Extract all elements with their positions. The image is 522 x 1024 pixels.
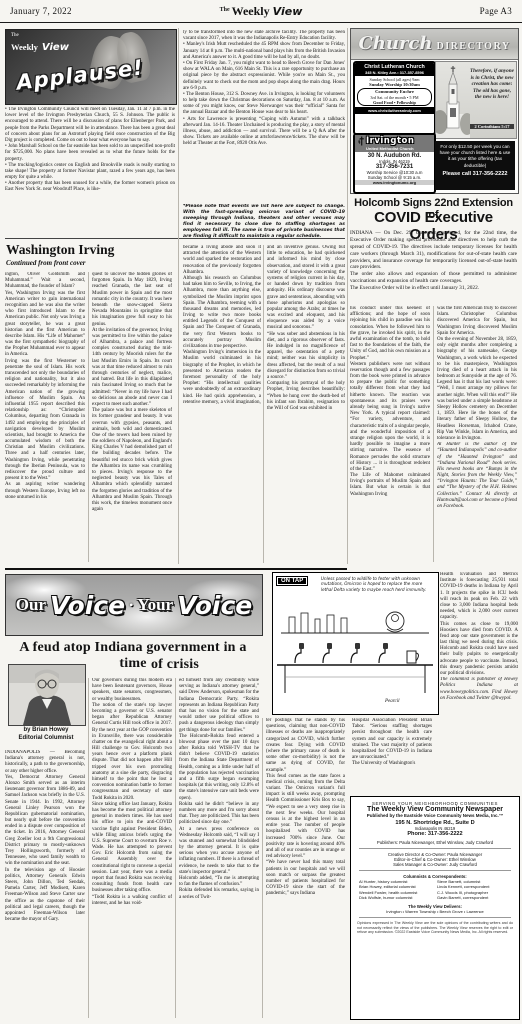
- howey-photo: [8, 664, 86, 726]
- promo-text: For only $12.50 per week you can have yo…: [435, 141, 515, 169]
- sunday-worship-line: Sunday Worship 10:30am: [355, 82, 434, 87]
- continued-from-front-cover: Continued from front cover: [6, 259, 86, 267]
- article-headline-washington-irving: Washington Irving: [6, 242, 114, 258]
- byline: by Brian Howey Editorial Columnist: [8, 727, 84, 743]
- column-rule: [175, 678, 176, 1018]
- masthead-paper-name: The Weekly View Community Newspaper: [351, 806, 519, 813]
- umc-url: www.irvingtonumc.org: [355, 180, 434, 185]
- umc-denomination: United Methodist Church: [355, 146, 434, 152]
- holcomb-body: INDIANA — On Dec. 29, Governor continued…: [350, 230, 517, 302]
- weekly-view-logo: The Weekly View: [11, 33, 69, 54]
- euchre-oval: Community Euchre 3rd Sat. of the month •…: [357, 88, 432, 106]
- column-rule: [88, 272, 89, 562]
- church-name: Christ Lutheran Church: [355, 63, 434, 70]
- howey-column-6: Health Evaluation and Metrics Institute …: [440, 572, 518, 792]
- wi-column-4: and an inventive genius. Owing but littl…: [267, 245, 345, 564]
- masthead-fine-print: Opinions expressed in The Weekly View ar…: [351, 921, 519, 935]
- byline-name: by Brian Howey: [8, 727, 84, 735]
- feud-headline-line2: of crisis: [90, 657, 260, 673]
- masthead-the: The: [220, 7, 230, 13]
- cartoonist-signature: Pearcil: [385, 699, 400, 704]
- church-directory-title: Church DIRECTORY: [351, 29, 518, 60]
- column-rule: [263, 245, 264, 563]
- cartoon-caption: Unless passed to wildlife to fester with…: [321, 576, 434, 592]
- wi-column-2: quest to uncover the hidden glories of f…: [92, 272, 172, 564]
- delivers-areas: Irvington • Warren Township • Beech Grov…: [351, 909, 519, 914]
- our-voice-banner: Our Voice • Your Voice: [5, 574, 263, 636]
- author-bio: Al Hunter is the author of the “Haunted …: [437, 442, 517, 510]
- scripture-text: Therefore, if anyone is in Christ, the n…: [470, 68, 514, 101]
- on-tap-cartoon: ON TAP Unless passed to wildlife to fest…: [272, 572, 439, 715]
- howey-column-4: ter postings that he stands by his quest…: [266, 718, 345, 1020]
- contributors-list: Al Hunter, history columnist Brian Howey…: [351, 879, 519, 901]
- page-number: Page A3: [480, 6, 512, 16]
- newspaper-page: January 7, 2022 TheWeekly View Page A3 T…: [0, 0, 522, 1024]
- column-rule: [262, 718, 263, 1018]
- section-rule: [5, 238, 345, 239]
- header-rule: [0, 22, 522, 23]
- wi-column-6-text: was the first American truly to discover…: [437, 306, 517, 442]
- steeple-graphic: [436, 62, 470, 138]
- howey-column-6-text: Health Evaluation and Metrics Institute …: [440, 572, 518, 677]
- bottom-section-rule: [5, 568, 347, 570]
- column-rule: [178, 28, 179, 564]
- masthead-divider: [359, 870, 511, 871]
- wi-column-6: was the first American truly to discover…: [437, 306, 517, 564]
- banner-our: Our: [16, 595, 46, 615]
- promo-call: Please call 317-356-2222: [435, 169, 515, 177]
- masthead-info-box: SERVING YOUR NEIGHBORHOOD COMMUNITIES Th…: [350, 796, 520, 1020]
- masthead-divider: [359, 848, 511, 849]
- columnist-bio: The columnist is publisher of Howey Poli…: [440, 677, 518, 702]
- howey-column-3: ed himself from any credibility while se…: [179, 678, 259, 1020]
- church-title-caps: DIRECTORY: [436, 41, 510, 52]
- church-address: 345 N. Kitley Ave.• 317-357-8596: [355, 70, 434, 76]
- logo-view: View: [42, 42, 69, 53]
- masthead-publishers: Publishers: Paula Nicewanger, Ethel Wins…: [351, 840, 519, 845]
- howey-column-5: Hospital Association President Brian Tab…: [352, 718, 432, 792]
- bar-taps-drawing: [275, 607, 435, 699]
- banner-voice1: Voice: [50, 591, 125, 620]
- howey-portrait-graphic: [9, 665, 85, 725]
- ad-irvington-umc: Irvington United Methodist Church 30 N. …: [353, 133, 436, 194]
- applause-bullets-center: ly to be transformed into the new state …: [183, 30, 345, 202]
- applause-title: Applause!: [15, 55, 145, 94]
- wi-column-3: became a living abode and soon it attrac…: [183, 245, 261, 564]
- masthead-divider: [359, 917, 511, 918]
- church-steeple-image: Therefore, if anyone is in Christ, the n…: [435, 61, 517, 139]
- column-rule: [347, 28, 348, 564]
- banner-your: Your: [137, 595, 173, 615]
- ad-christ-lutheran: Christ Lutheran Church 345 N. Kitley Ave…: [353, 61, 436, 135]
- howey-column-1: INDIANAPOLIS — Becoming Indiana's attorn…: [5, 750, 85, 1020]
- on-tap-label: ON TAP: [276, 576, 308, 586]
- euchre-food: Good Food • Fellowship: [358, 100, 431, 105]
- cross-and-flame-icon: [357, 136, 364, 146]
- banner-dot: •: [129, 598, 133, 613]
- masthead-phone: Phone: 317-356-2222: [351, 831, 519, 837]
- wi-column-1: ington, Oliver Goldsmith and Muhammad.” …: [5, 272, 85, 564]
- applause-bullets-left: • The Irvington Community Council will m…: [5, 107, 175, 235]
- church-title-script: Church: [358, 33, 432, 54]
- paper-masthead: TheWeekly View: [0, 4, 522, 19]
- logo-weekly: Weekly: [11, 42, 38, 52]
- byline-title: Editorial Columnist: [8, 735, 84, 743]
- masthead-view: View: [273, 5, 303, 18]
- masthead-role-3: Sales Manager & Co-Owner: Judy Crawford: [351, 862, 519, 867]
- howey-column-2: Our governors during this modern era hav…: [92, 678, 172, 1020]
- masthead-published-by: Published by the Eastside Voice Communit…: [351, 813, 519, 818]
- applause-hands-image: The Weekly View Applause!: [5, 29, 177, 105]
- column-rule: [88, 678, 89, 1018]
- wi-column-5: his conduct under this keenest of afflic…: [350, 306, 430, 564]
- logo-the: The: [11, 33, 69, 38]
- contributor: Gavin Barrett, correspondent: [437, 895, 511, 900]
- banner-voice2: Voice: [177, 591, 252, 620]
- umc-name: Irvington: [366, 136, 414, 146]
- masthead-weekly: Weekly: [232, 4, 270, 18]
- scripture-citation: 2 Corinthians 5:17: [470, 124, 514, 129]
- church-url: www.christlutheranindy.com: [355, 107, 434, 114]
- column-rule: [433, 306, 434, 562]
- listing-promo-box: For only $12.50 per week you can have yo…: [435, 141, 515, 190]
- contributor: Dick Wolfsie, humor columnist: [359, 895, 433, 900]
- events-disclaimer-note: *Please note that events we list here ar…: [183, 204, 345, 238]
- church-directory: Church DIRECTORY Christ Lutheran Church …: [350, 28, 519, 194]
